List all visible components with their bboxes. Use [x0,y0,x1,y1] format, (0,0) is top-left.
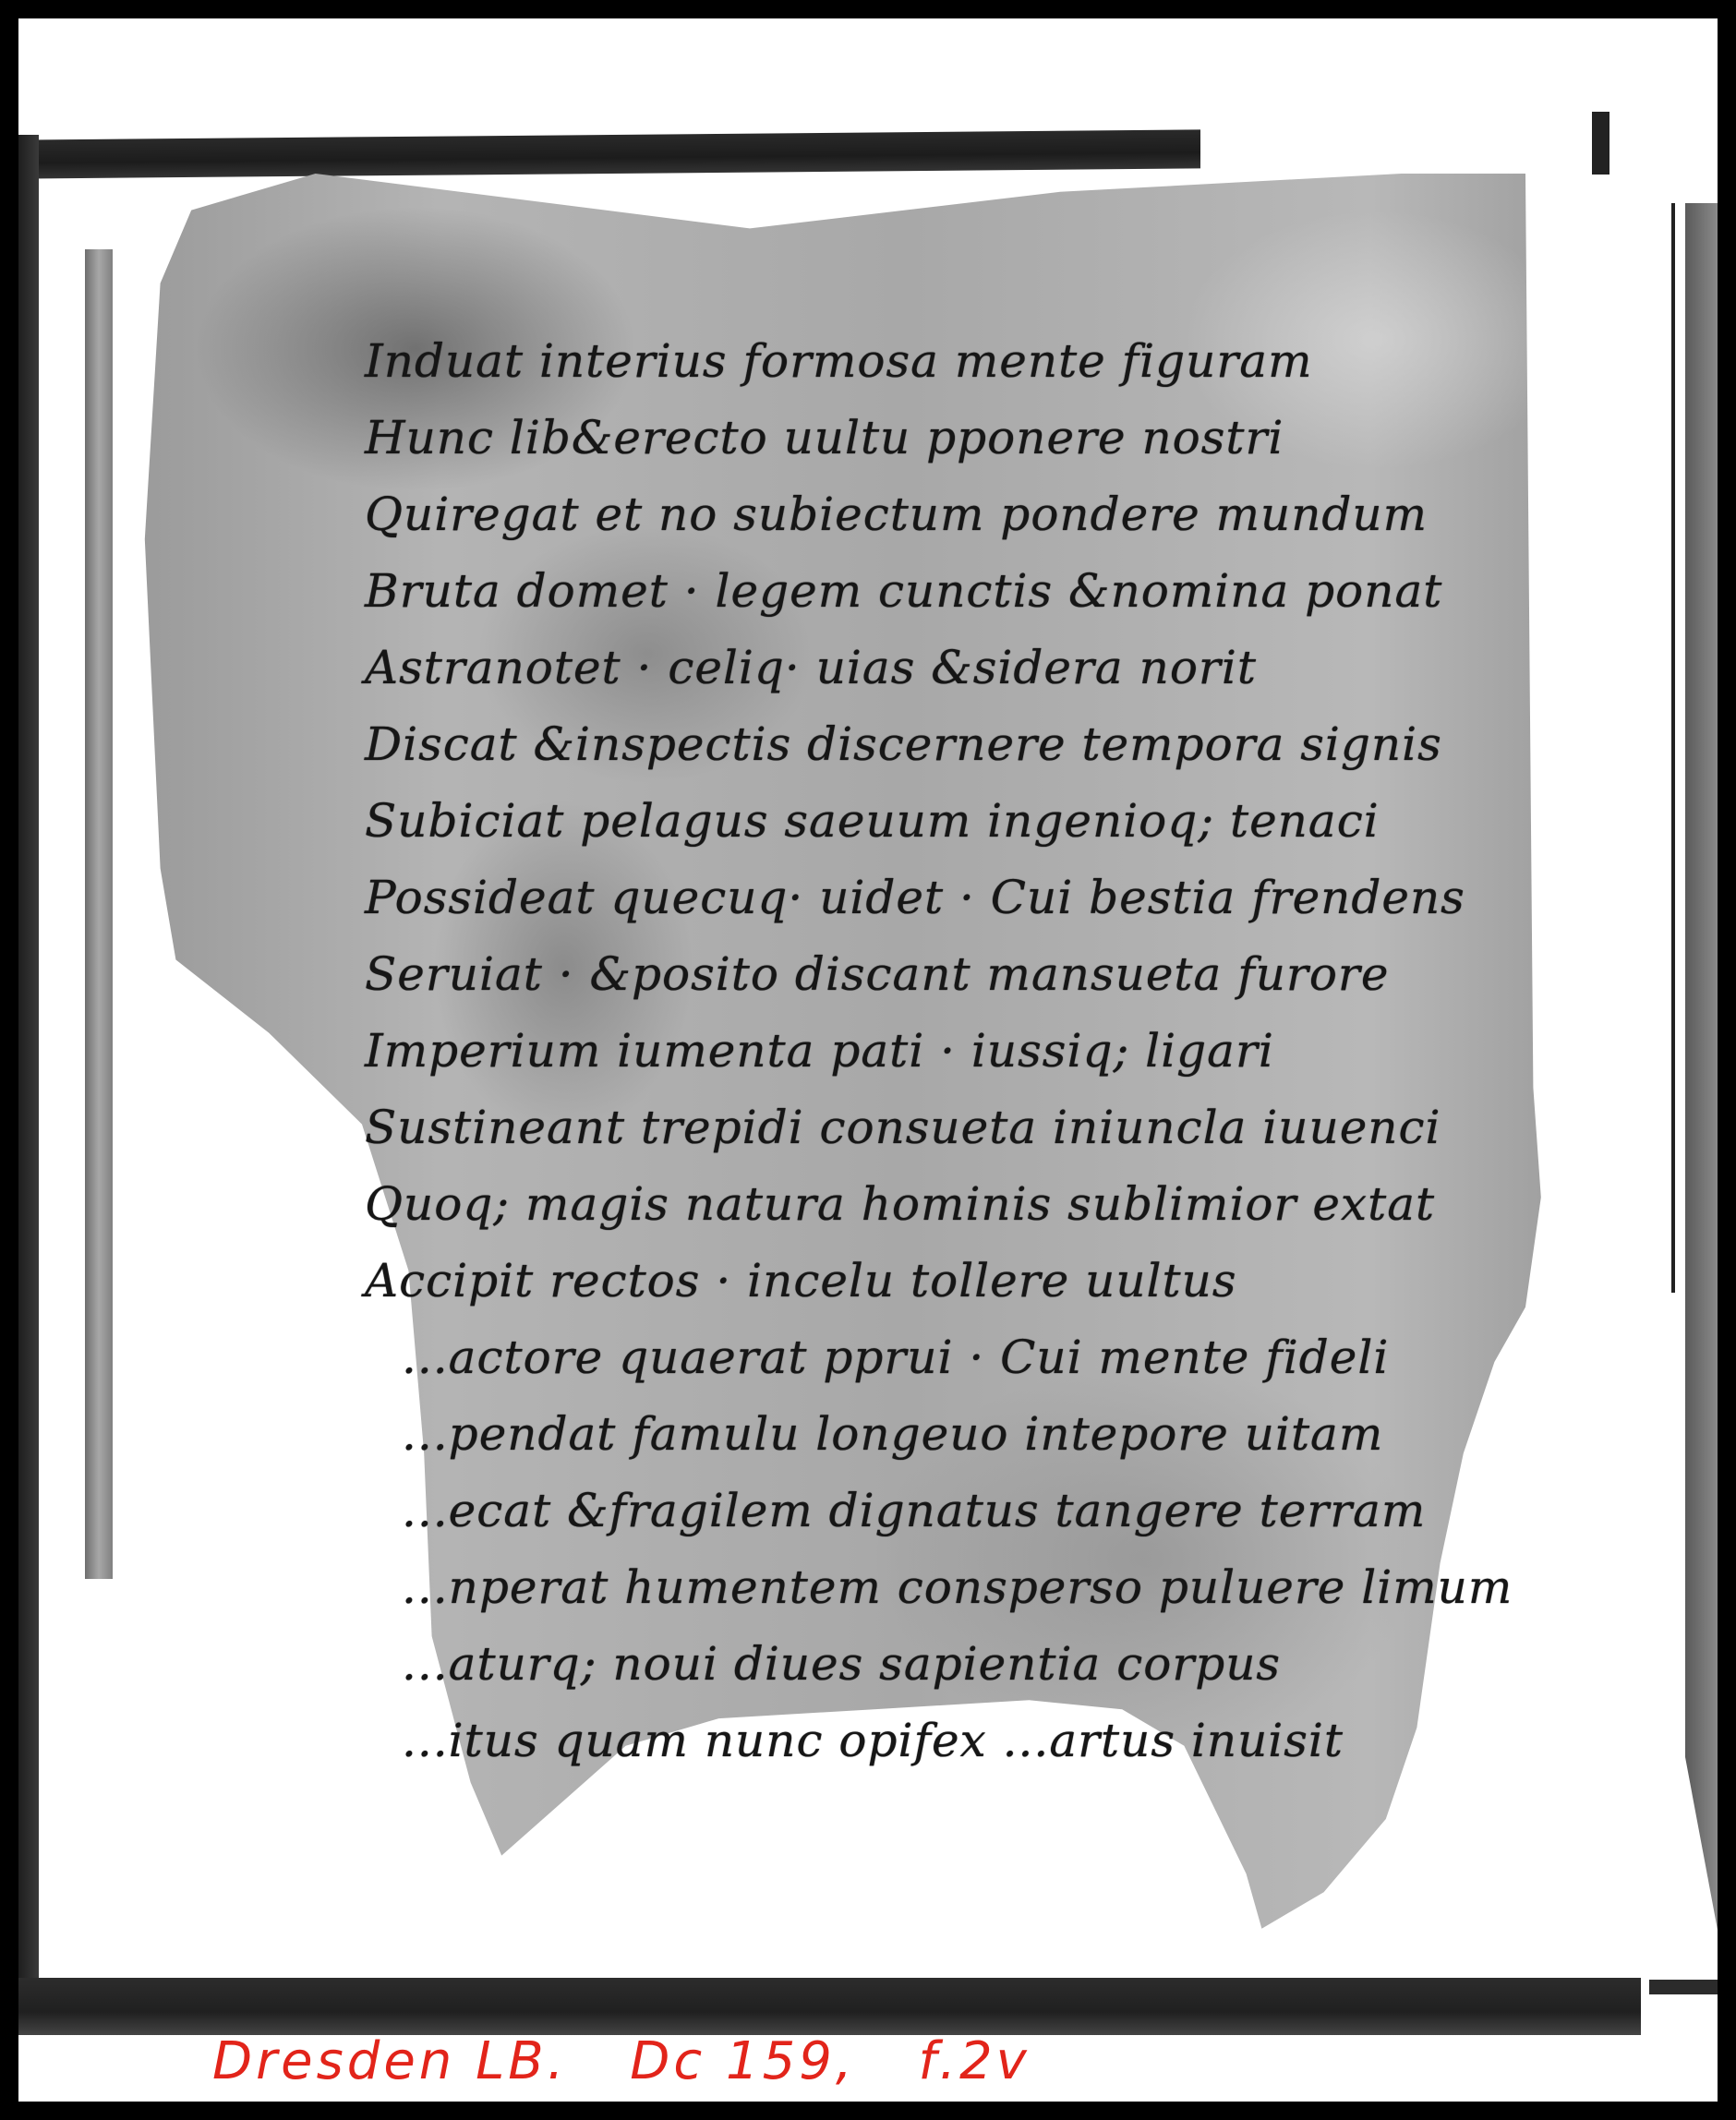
manuscript-line: ...actore quaerat pprui · Cui mente fide… [365,1319,1584,1396]
mount-tab [1592,112,1609,175]
manuscript-line: Induat interius formosa mente figuram [365,323,1584,400]
caption-folio: f.2v [919,2031,1031,2091]
manuscript-line: Quoq; magis natura hominis sublimior ext… [365,1166,1584,1243]
mount-strip-bottom-fragment [1649,1980,1718,1994]
binding-guard-strip [85,249,113,1579]
caption-shelfmark: Dc 159, [630,2031,855,2091]
mount-strip-left [18,135,39,1981]
caption-library: Dresden LB. [212,2031,567,2091]
manuscript-line: Hunc lib&erecto uultu pponere nostri [365,400,1584,476]
manuscript-line: ...aturq; noui diues sapientia corpus [365,1626,1584,1703]
adjacent-leaf [1685,203,1718,1930]
manuscript-line: ...pendat famulu longeuo intepore uitam [365,1396,1584,1473]
manuscript-line: Possideat quecuq· uidet · Cui bestia fre… [365,860,1584,936]
manuscript-line: Seruiat · &posito discant mansueta furor… [365,936,1584,1013]
gutter-line [1671,203,1675,1293]
manuscript-line: Astranotet · celiq· uias &sidera norit [365,630,1584,706]
manuscript-line: Quiregat et no subiectum pondere mundum [365,476,1584,553]
shelfmark-caption: Dresden LB. Dc 159, f.2v [212,2031,1073,2091]
manuscript-line: Accipit rectos · incelu tollere uultus [365,1243,1584,1319]
manuscript-line: ...ecat &fragilem dignatus tangere terra… [365,1473,1584,1549]
manuscript-line: Sustineant trepidi consueta iniuncla iuu… [365,1090,1584,1166]
manuscript-line: Subiciat pelagus saeuum ingenioq; tenaci [365,783,1584,860]
manuscript-line: Bruta domet · legem cunctis &nomina pona… [365,553,1584,630]
mount-strip-bottom [18,1978,1641,2035]
manuscript-line: Discat &inspectis discernere tempora sig… [365,706,1584,783]
manuscript-line: Imperium iumenta pati · iussiq; ligari [365,1013,1584,1090]
manuscript-text: Induat interius formosa mente figuram Hu… [365,323,1584,1779]
manuscript-line: ...nperat humentem consperso puluere lim… [365,1549,1584,1626]
mount-strip-top [18,129,1200,178]
manuscript-line: ...itus quam nunc opifex ...artus inuisi… [365,1703,1584,1779]
